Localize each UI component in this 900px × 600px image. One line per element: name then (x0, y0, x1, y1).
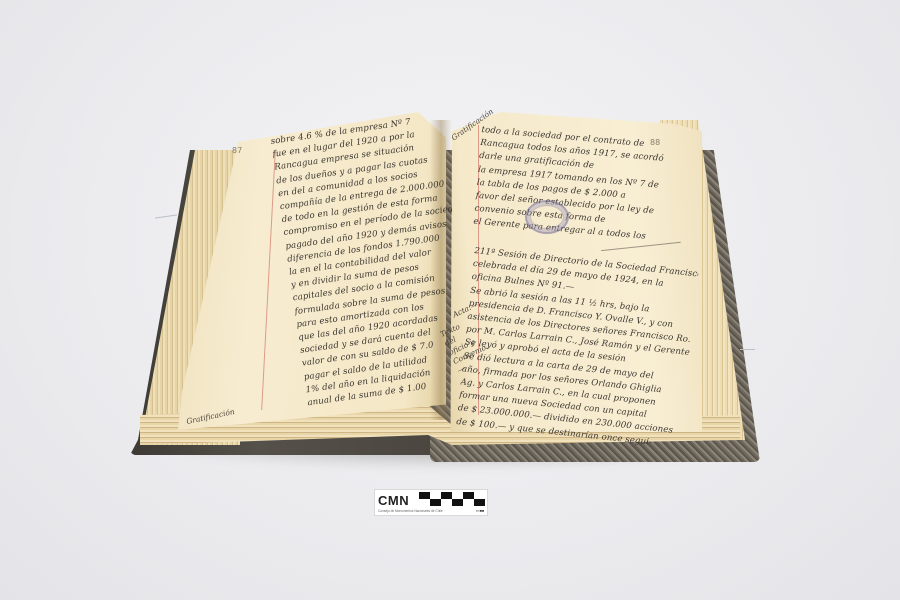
left-page-number: 87 (232, 146, 242, 155)
mini-scale-icon: ▪▪▪■■ (476, 509, 484, 513)
scale-bar: CMN Consejo de Monumentos Nacionales de … (374, 489, 488, 516)
cmn-logo: CMN (378, 493, 409, 508)
checker-scale-icon (419, 492, 485, 506)
right-page-session-handwriting: 211ª Sesión de Directorio de la Sociedad… (456, 245, 699, 452)
loose-thread (155, 214, 177, 218)
scale-caption: Consejo de Monumentos Nacionales de Chil… (378, 509, 443, 513)
loose-thread (740, 349, 755, 350)
photo-scene: 87 88 sobre 4.6 % de la empresa Nº 7 fue… (0, 0, 900, 600)
ink-stamp (525, 200, 569, 234)
